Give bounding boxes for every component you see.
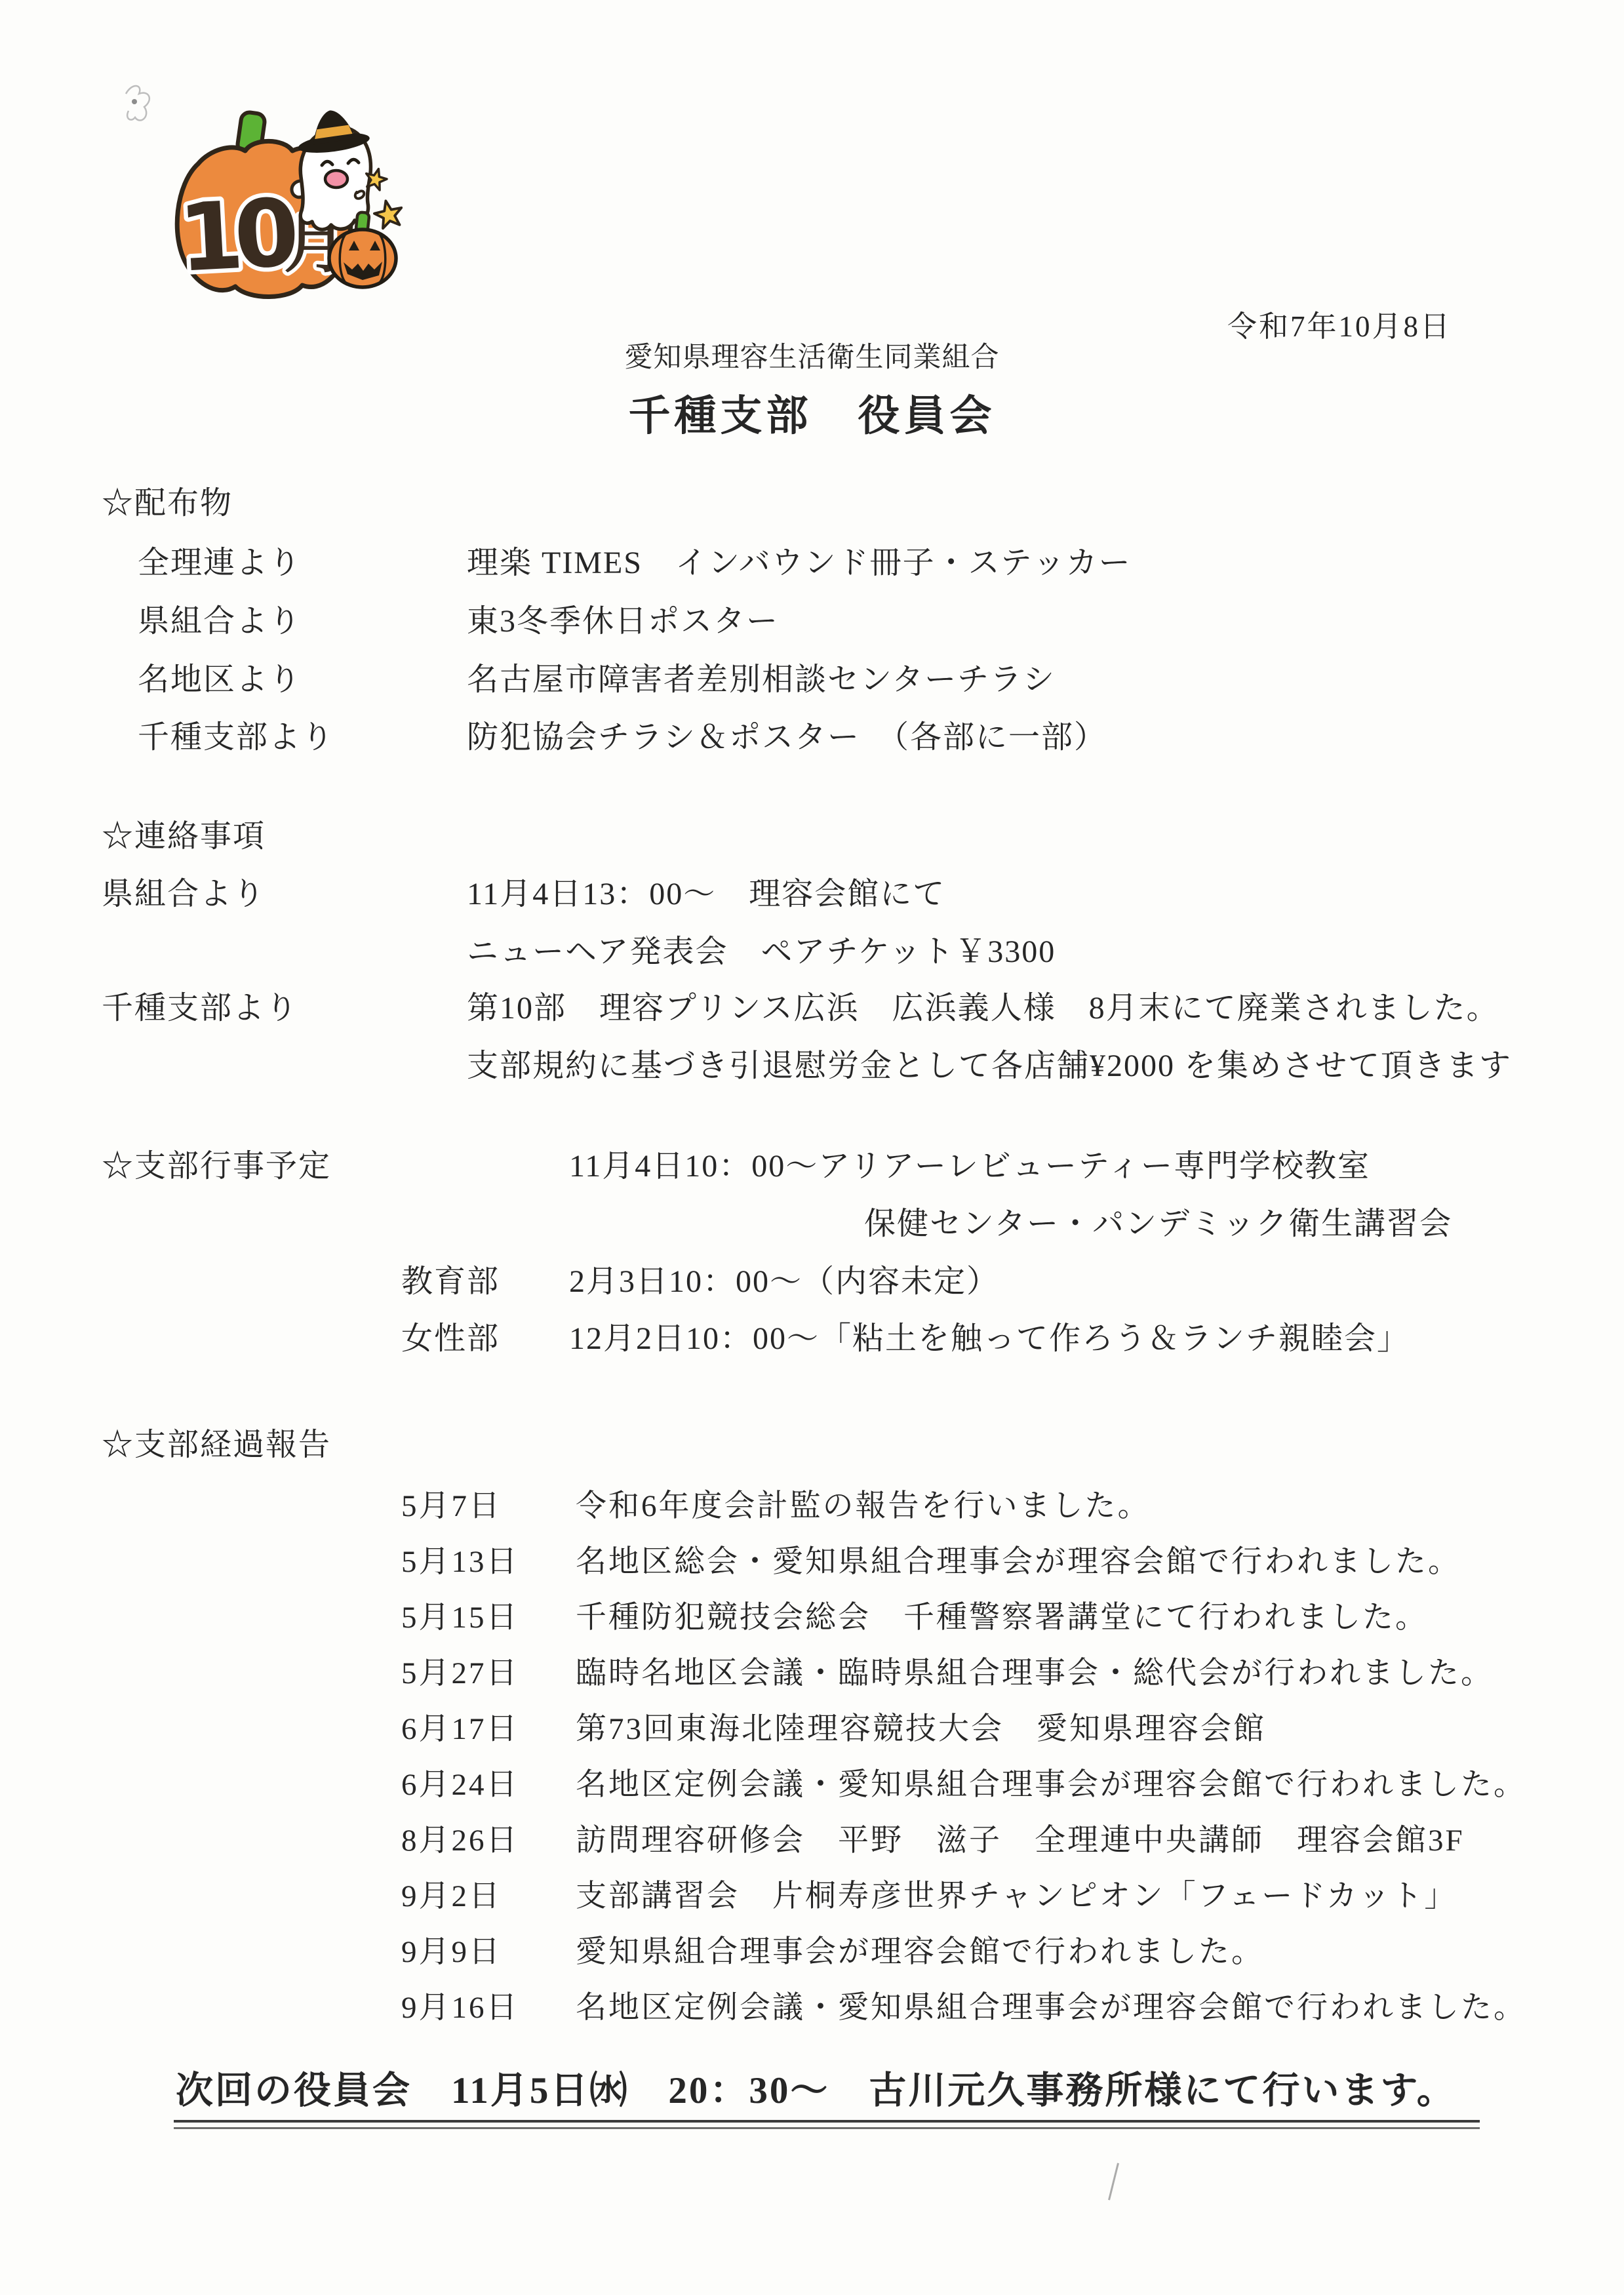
document-date: 令和7年10月8日 xyxy=(1227,311,1452,344)
report-text: 令和6年度会計監の報告を行いました。 xyxy=(576,1490,1151,1524)
notice-text-line: 第10部 理容プリンス広浜 広浜義人様 8月末にて廃業されました。 xyxy=(467,991,1499,1026)
footer-underline xyxy=(174,2120,1480,2123)
handout-item-text: 名古屋市障害者差別相談センターチラシ xyxy=(467,663,1056,698)
handout-source-label: 全理連より xyxy=(138,546,302,581)
schedule-text-line: 保健センター・パンデミック衛生講習会 xyxy=(864,1207,1452,1242)
report-date: 6月17日 xyxy=(401,1713,519,1747)
notice-text-line: ニューヘア発表会 ペアチケット￥3300 xyxy=(467,935,1056,970)
report-date: 9月9日 xyxy=(401,1936,502,1970)
schedule-text-line: 11月4日10：00～アリアーレビューティー専門学校教室 xyxy=(569,1149,1370,1184)
handout-item-text: 東3冬季休日ポスター xyxy=(467,605,779,639)
october-halloween-illustration: 10 月 xyxy=(162,110,406,304)
schedule-dept-label: 教育部 xyxy=(401,1265,500,1300)
report-date: 6月24日 xyxy=(401,1768,519,1803)
report-date: 5月13日 xyxy=(401,1546,519,1580)
report-text: 訪問理容研修会 平野 滋子 全理連中央講師 理容会館3F xyxy=(576,1824,1465,1858)
ghost-mouth xyxy=(325,170,347,188)
report-date: 5月27日 xyxy=(401,1657,519,1691)
footer-underline xyxy=(174,2127,1480,2129)
organization-name: 愛知県理容生活衛生同業組合 xyxy=(0,342,1624,373)
notice-text-line: 11月4日13：00～ 理容会館にて xyxy=(467,877,945,912)
handout-source-label: 千種支部より xyxy=(138,721,334,755)
section-heading-handouts: ☆配布物 xyxy=(102,487,233,521)
handout-source-label: 名地区より xyxy=(138,663,302,698)
report-date: 5月15日 xyxy=(401,1601,519,1635)
report-text: 支部講習会 片桐寿彦世界チャンピオン「フェードカット」 xyxy=(576,1880,1457,1914)
section-heading-progress: ☆支部経過報告 xyxy=(102,1428,331,1463)
report-date: 8月26日 xyxy=(401,1824,519,1858)
document-title: 千種支部 役員会 xyxy=(0,393,1624,439)
section-heading-schedule: ☆支部行事予定 xyxy=(102,1149,331,1184)
schedule-dept-label: 女性部 xyxy=(401,1322,500,1357)
report-date: 9月2日 xyxy=(401,1880,502,1914)
handout-item-text: 防犯協会チラシ＆ポスター （各部に一部） xyxy=(467,721,1107,755)
section-heading-notices: ☆連絡事項 xyxy=(102,820,266,854)
report-text: 名地区定例会議・愛知県組合理事会が理容会館で行われました。 xyxy=(576,1768,1526,1803)
notice-source-label: 千種支部より xyxy=(102,991,298,1026)
month-number-label: 10 xyxy=(176,179,298,293)
notice-text-line: 支部規約に基づき引退慰労金として各店舗¥2000 を集めさせて頂きます xyxy=(467,1049,1512,1084)
report-text: 名地区定例会議・愛知県組合理事会が理容会館で行われました。 xyxy=(576,1991,1526,2026)
report-text: 臨時名地区会議・臨時県組合理事会・総代会が行われました。 xyxy=(576,1657,1494,1691)
handout-source-label: 県組合より xyxy=(138,605,302,639)
report-text: 愛知県組合理事会が理容会館で行われました。 xyxy=(576,1936,1264,1970)
notice-source-label: 県組合より xyxy=(102,877,266,912)
schedule-dept-text: 2月3日10：00～（内容未定） xyxy=(569,1265,999,1300)
report-text: 第73回東海北陸理容競技大会 愛知県理容会館 xyxy=(576,1713,1266,1747)
schedule-dept-text: 12月2日10：00～「粘土を触って作ろう＆ランチ親睦会」 xyxy=(569,1322,1410,1357)
scanned-document-page: 10 月 xyxy=(0,0,1624,2295)
report-text: 名地区総会・愛知県組合理事会が理容会館で行われました。 xyxy=(576,1546,1461,1580)
report-date: 5月7日 xyxy=(401,1490,502,1524)
scan-stray-mark xyxy=(1108,2163,1119,2200)
report-date: 9月16日 xyxy=(401,1991,519,2026)
report-text: 千種防犯競技会総会 千種警察署講堂にて行われました。 xyxy=(576,1601,1428,1635)
handout-item-text: 理楽 TIMES インバウンド冊子・ステッカー xyxy=(467,546,1132,581)
next-meeting-notice: 次回の役員会 11月5日㈬ 20：30～ 古川元久事務所様にて行います。 xyxy=(176,2071,1456,2112)
